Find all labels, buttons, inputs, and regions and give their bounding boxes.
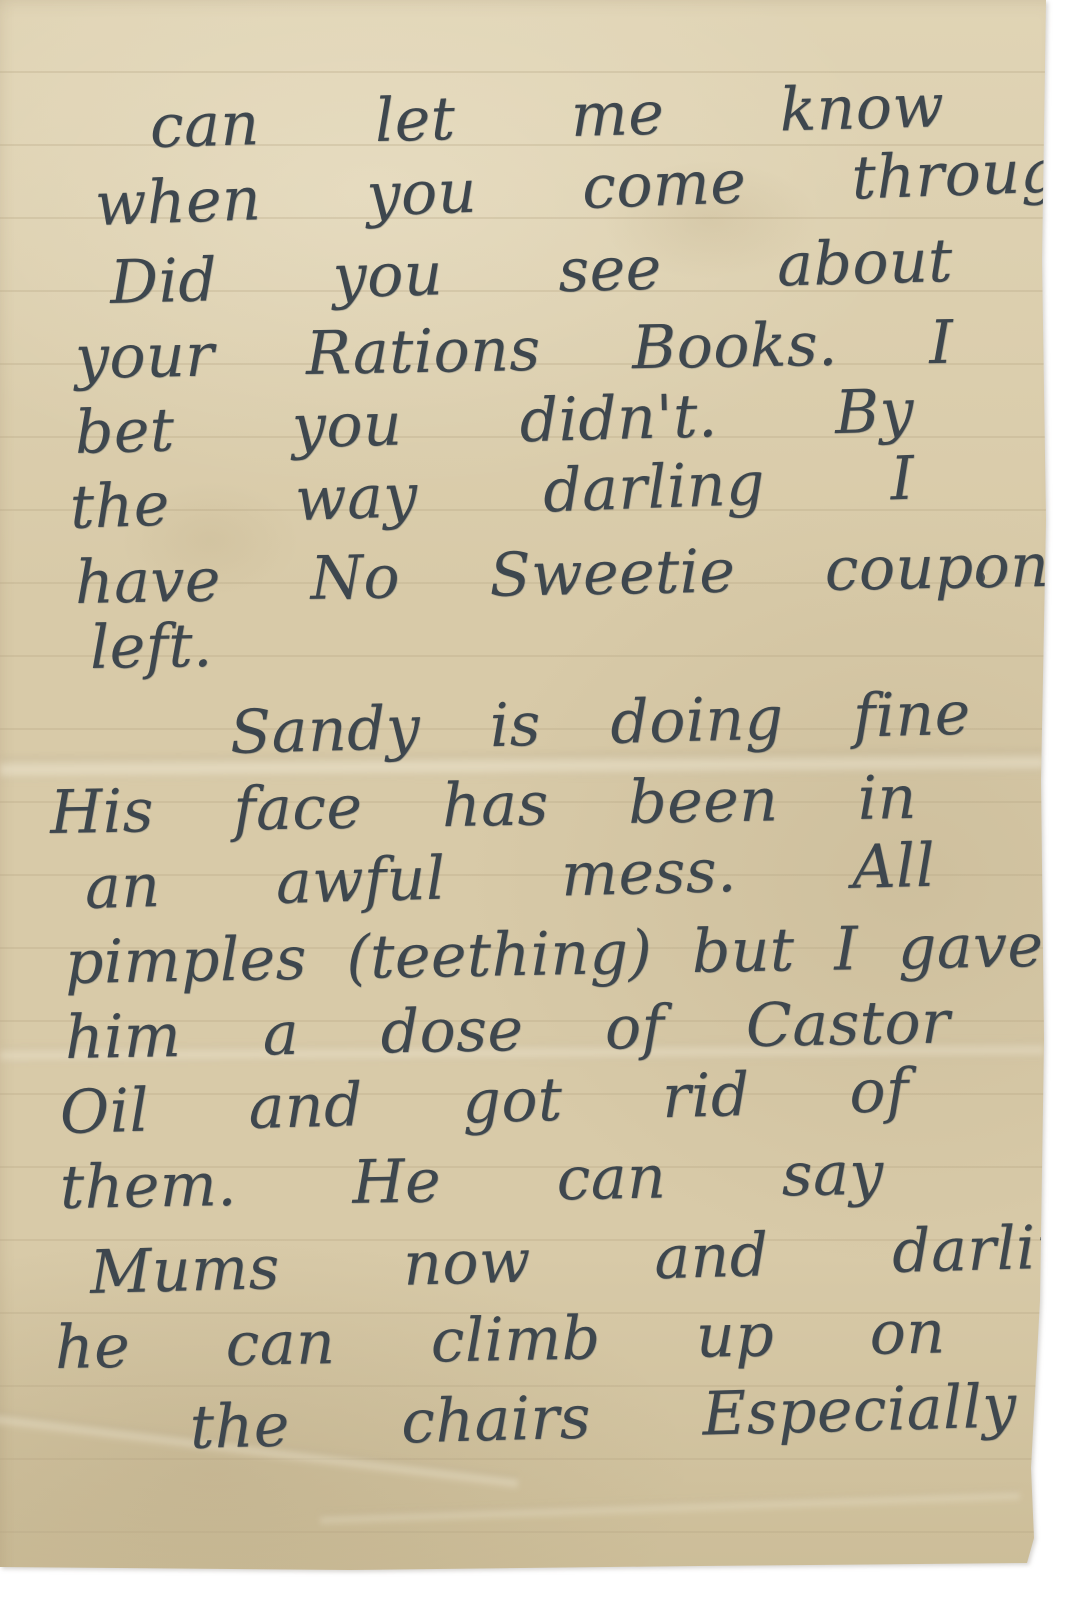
handwritten-line-8: left. — [89, 611, 213, 683]
letter-paper: can let me know when you come through Di… — [0, 0, 1068, 1600]
handwritten-line-15: them. He can say — [59, 1139, 884, 1223]
scanned-letter-page: can let me know when you come through Di… — [0, 0, 1068, 1600]
paper-wrap: can let me know when you come through Di… — [0, 0, 1068, 1600]
